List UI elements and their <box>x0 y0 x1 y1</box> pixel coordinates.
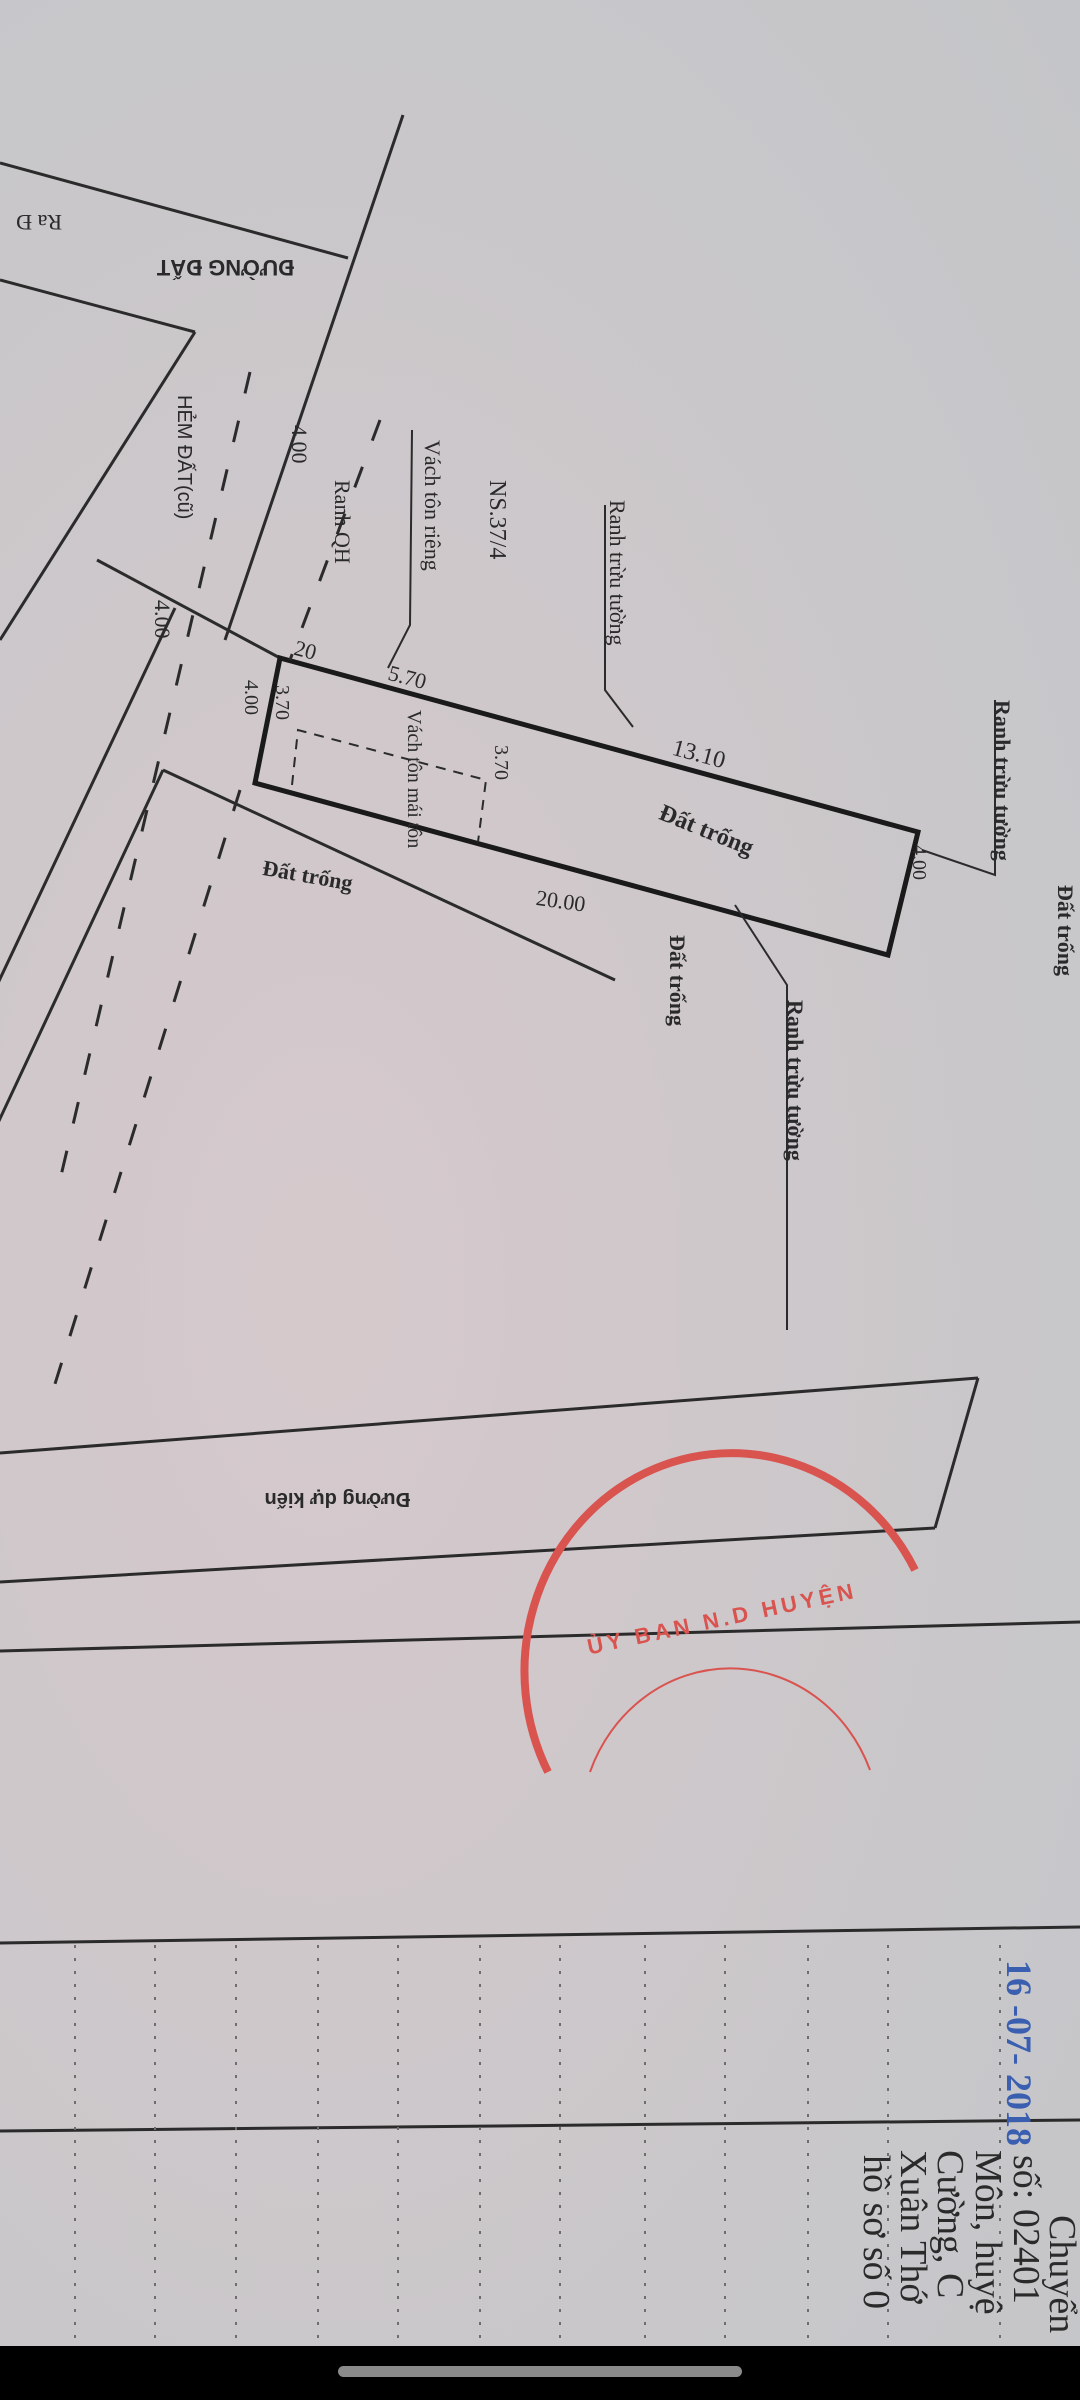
date-stamp: 16 -07- 2018 <box>998 1960 1040 2146</box>
home-gesture-handle[interactable] <box>338 2366 742 2377</box>
vacant-right-label: Đất trống <box>664 935 690 1026</box>
footer-line-6: hồ sơ số 0 <box>854 2155 898 2309</box>
document-photo: ĐƯỜNG ĐẤT Ra Đ HẺM ĐẤT(cũ) 4.00 4.00 NS.… <box>0 0 1080 2346</box>
plot-diagram-lines <box>0 0 1080 2346</box>
road-label: ĐƯỜNG ĐẤT <box>157 254 294 280</box>
navigation-bar <box>0 2346 1080 2400</box>
abstract-boundary-label-2: Ranh trừu tường <box>989 700 1015 861</box>
footer-line-2: số: 02401 <box>1004 2155 1048 2304</box>
road-cut-label: Ra Đ <box>16 209 62 235</box>
alley-label: HẺM ĐẤT(cũ) <box>172 395 195 519</box>
alley-width-label: 4.00 <box>149 600 175 639</box>
abstract-boundary-label-3: Ranh trừu tường <box>782 1000 808 1161</box>
private-wall-label: Vách tôn riêng <box>419 440 445 571</box>
metal-roof-label: Vách tôn mái tôn <box>402 710 425 848</box>
vacant-far-right-label: Đất trống <box>1052 885 1078 976</box>
alley-width-2-label: 4.00 <box>286 425 312 464</box>
dim-right: 4.00 <box>907 845 930 880</box>
footer-line-3: Môn, huyệ <box>966 2150 1010 2315</box>
plot-id: NS.37/4 <box>483 480 510 559</box>
dim-inner-right: 3.70 <box>489 745 512 780</box>
dim-left-inner: 3.70 <box>270 685 293 720</box>
dim-left: 4.00 <box>239 680 262 715</box>
planned-road-label: Đường dự kiến <box>265 1487 410 1510</box>
abstract-boundary-label-1: Ranh trừu tường <box>604 500 630 645</box>
ranh-qh-label: Ranh QH <box>329 480 355 564</box>
